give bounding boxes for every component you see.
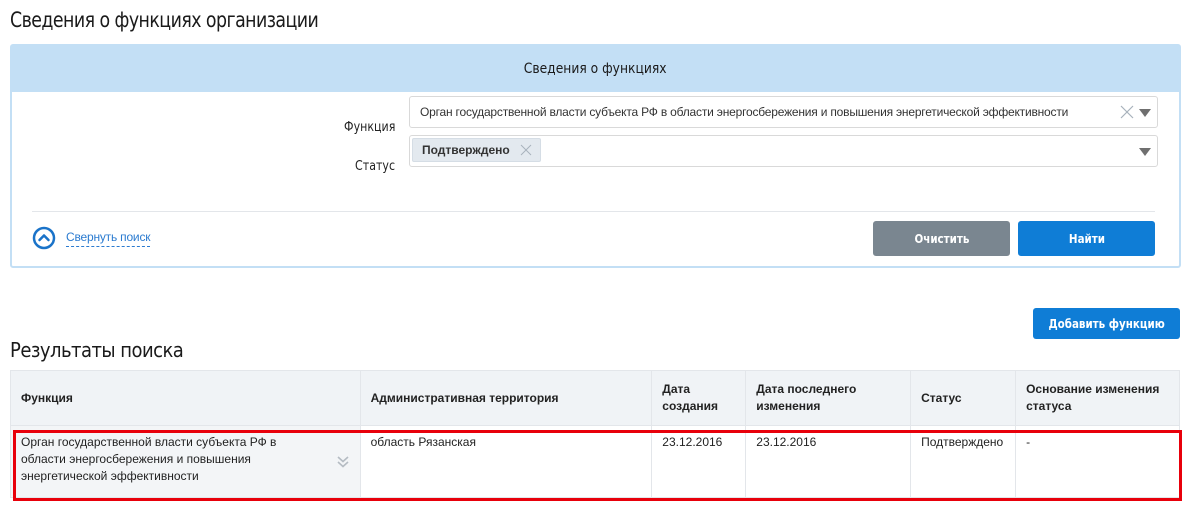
column-header-reason[interactable]: Основание изменения статуса: [1016, 371, 1180, 426]
collapse-search-label[interactable]: Свернуть поиск: [66, 230, 150, 247]
clear-icon[interactable]: [1119, 104, 1135, 120]
collapse-search-link[interactable]: Свернуть поиск: [32, 226, 150, 250]
cell-modified: 23.12.2016: [746, 426, 911, 498]
function-select[interactable]: Орган государственной власти субъекта РФ…: [409, 96, 1158, 128]
add-function-button[interactable]: Добавить функцию: [1033, 308, 1180, 339]
status-tag: Подтверждено: [412, 138, 541, 162]
status-tag-label: Подтверждено: [422, 143, 510, 157]
find-button-label: Найти: [1068, 232, 1104, 246]
column-header-status[interactable]: Статус: [911, 371, 1016, 426]
chevron-up-circle-icon: [32, 226, 56, 250]
double-chevron-down-icon[interactable]: [336, 455, 350, 469]
table-row[interactable]: Орган государственной власти субъекта РФ…: [11, 426, 1180, 498]
table-header-row: Функция Административная территория Дата…: [11, 371, 1180, 426]
find-button[interactable]: Найти: [1018, 221, 1155, 256]
function-label: Функция: [344, 120, 395, 135]
search-panel-title: Сведения о функциях: [524, 61, 667, 77]
results-table: Функция Административная территория Дата…: [10, 370, 1180, 498]
status-label: Статус: [355, 159, 395, 174]
cell-created: 23.12.2016: [652, 426, 746, 498]
results-title: Результаты поиска: [10, 338, 183, 362]
clear-button-label: Очистить: [914, 232, 969, 246]
page-title: Сведения о функциях организации: [10, 8, 318, 32]
dropdown-arrow-icon[interactable]: [1139, 109, 1151, 117]
cell-function: Орган государственной власти субъекта РФ…: [11, 426, 361, 498]
panel-divider: [32, 211, 1155, 212]
remove-tag-icon[interactable]: [520, 144, 532, 156]
dropdown-arrow-icon[interactable]: [1139, 148, 1151, 156]
function-select-value: Орган государственной власти субъекта РФ…: [410, 105, 1068, 119]
column-header-function[interactable]: Функция: [11, 371, 361, 426]
column-header-territory[interactable]: Административная территория: [360, 371, 652, 426]
search-panel-header: Сведения о функциях: [12, 46, 1179, 92]
column-header-modified[interactable]: Дата последнего изменения: [746, 371, 911, 426]
column-header-created[interactable]: Дата создания: [652, 371, 746, 426]
clear-button[interactable]: Очистить: [873, 221, 1010, 256]
cell-territory: область Рязанская: [360, 426, 652, 498]
cell-status: Подтверждено: [911, 426, 1016, 498]
add-function-label: Добавить функцию: [1048, 317, 1164, 331]
search-panel: Сведения о функциях Функция Орган госуда…: [10, 44, 1181, 268]
cell-reason: -: [1016, 426, 1180, 498]
cell-function-text: Орган государственной власти субъекта РФ…: [21, 435, 276, 483]
status-select[interactable]: Подтверждено: [409, 135, 1158, 167]
